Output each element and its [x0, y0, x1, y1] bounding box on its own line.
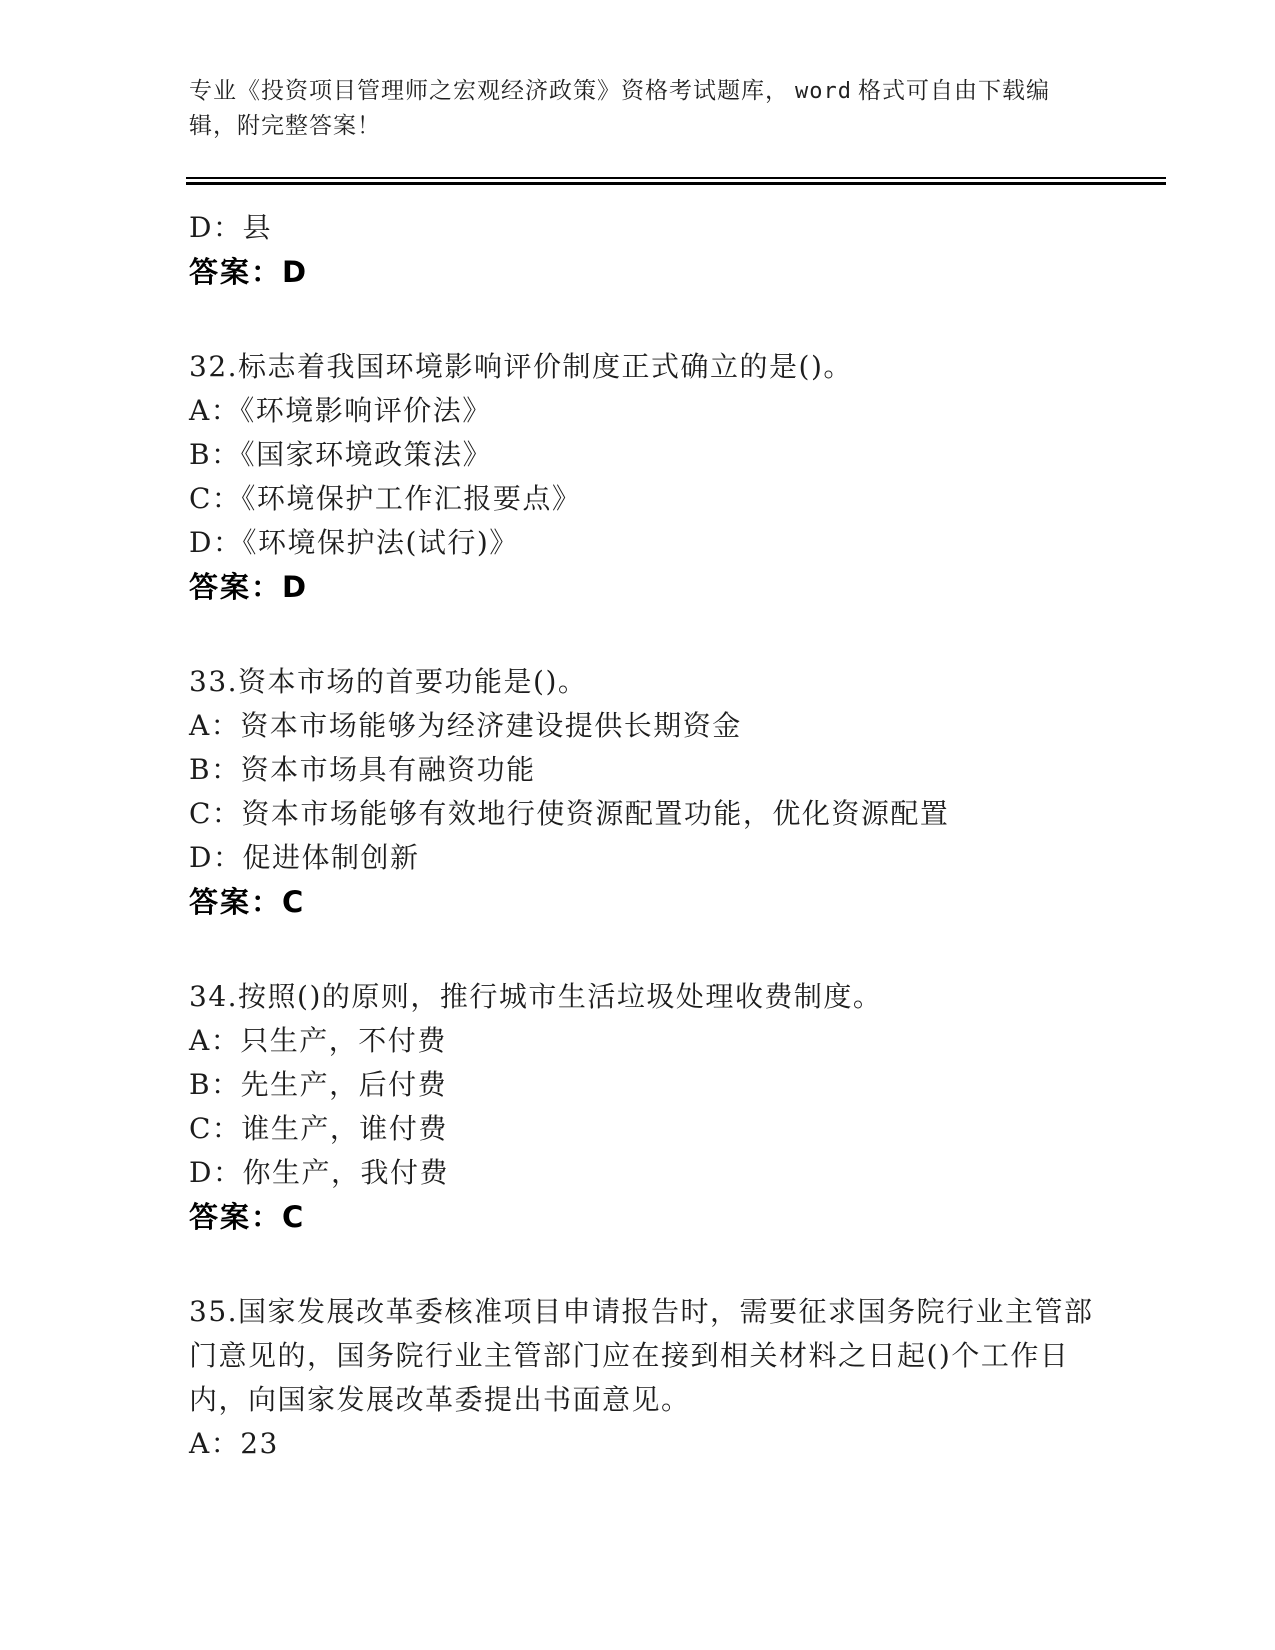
question-text-line: 32.标志着我国环境影响评价制度正式确立的是()。: [189, 345, 1139, 389]
option-line: A：只生产，不付费: [189, 1019, 1139, 1063]
option-line: A：资本市场能够为经济建设提供长期资金: [189, 704, 1139, 748]
question-text-line: 35.国家发展改革委核准项目申请报告时，需要征求国务院行业主管部: [189, 1290, 1139, 1334]
question-text-line: 33.资本市场的首要功能是()。: [189, 660, 1139, 704]
option-line: C：谁生产，谁付费: [189, 1107, 1139, 1151]
question-block: 33.资本市场的首要功能是()。A：资本市场能够为经济建设提供长期资金B：资本市…: [189, 660, 1139, 924]
question-text-line: 内，向国家发展改革委提出书面意见。: [189, 1378, 1139, 1422]
header-line-1-prefix: 专业《投资项目管理师之宏观经济政策》资格考试题库，: [189, 78, 789, 104]
questions-container: 32.标志着我国环境影响评价制度正式确立的是()。A：《环境影响评价法》B：《国…: [189, 345, 1139, 1466]
option-line: D：促进体制创新: [189, 836, 1139, 880]
option-line: D：你生产，我付费: [189, 1151, 1139, 1195]
option-line: A：《环境影响评价法》: [189, 389, 1139, 433]
option-line: C：《环境保护工作汇报要点》: [189, 477, 1139, 521]
header-line-1-suffix: 格式可自由下载编: [858, 78, 1050, 104]
document-page: { "header": { "line1_pre": "专业《投资项目管理师之宏…: [0, 0, 1275, 1650]
header-line-1: 专业《投资项目管理师之宏观经济政策》资格考试题库，word格式可自由下载编: [189, 74, 1059, 109]
question-text-line: 34.按照()的原则，推行城市生活垃圾处理收费制度。: [189, 975, 1139, 1019]
document-header: 专业《投资项目管理师之宏观经济政策》资格考试题库，word格式可自由下载编 辑，…: [189, 74, 1059, 143]
carryover-option-line: D：县: [189, 206, 1139, 250]
document-body: D：县 答案：D 32.标志着我国环境影响评价制度正式确立的是()。A：《环境影…: [189, 206, 1139, 1466]
option-line: B：资本市场具有融资功能: [189, 748, 1139, 792]
option-line: D：《环境保护法(试行)》: [189, 521, 1139, 565]
carryover-answer-line: 答案：D: [189, 250, 1139, 294]
option-line: A：23: [189, 1422, 1139, 1466]
option-line: C：资本市场能够有效地行使资源配置功能，优化资源配置: [189, 792, 1139, 836]
option-line: B：先生产，后付费: [189, 1063, 1139, 1107]
question-block: 32.标志着我国环境影响评价制度正式确立的是()。A：《环境影响评价法》B：《国…: [189, 345, 1139, 609]
header-word-label: word: [795, 79, 852, 104]
header-rule-line: [186, 177, 1166, 185]
question-text-line: 门意见的，国务院行业主管部门应在接到相关材料之日起()个工作日: [189, 1334, 1139, 1378]
question-block: 34.按照()的原则，推行城市生活垃圾处理收费制度。A：只生产，不付费B：先生产…: [189, 975, 1139, 1239]
answer-line: 答案：C: [189, 880, 1139, 924]
option-line: B：《国家环境政策法》: [189, 433, 1139, 477]
answer-line: 答案：C: [189, 1195, 1139, 1239]
question-block: 35.国家发展改革委核准项目申请报告时，需要征求国务院行业主管部门意见的，国务院…: [189, 1290, 1139, 1466]
header-line-2: 辑，附完整答案！: [189, 109, 1059, 143]
answer-line: 答案：D: [189, 565, 1139, 609]
